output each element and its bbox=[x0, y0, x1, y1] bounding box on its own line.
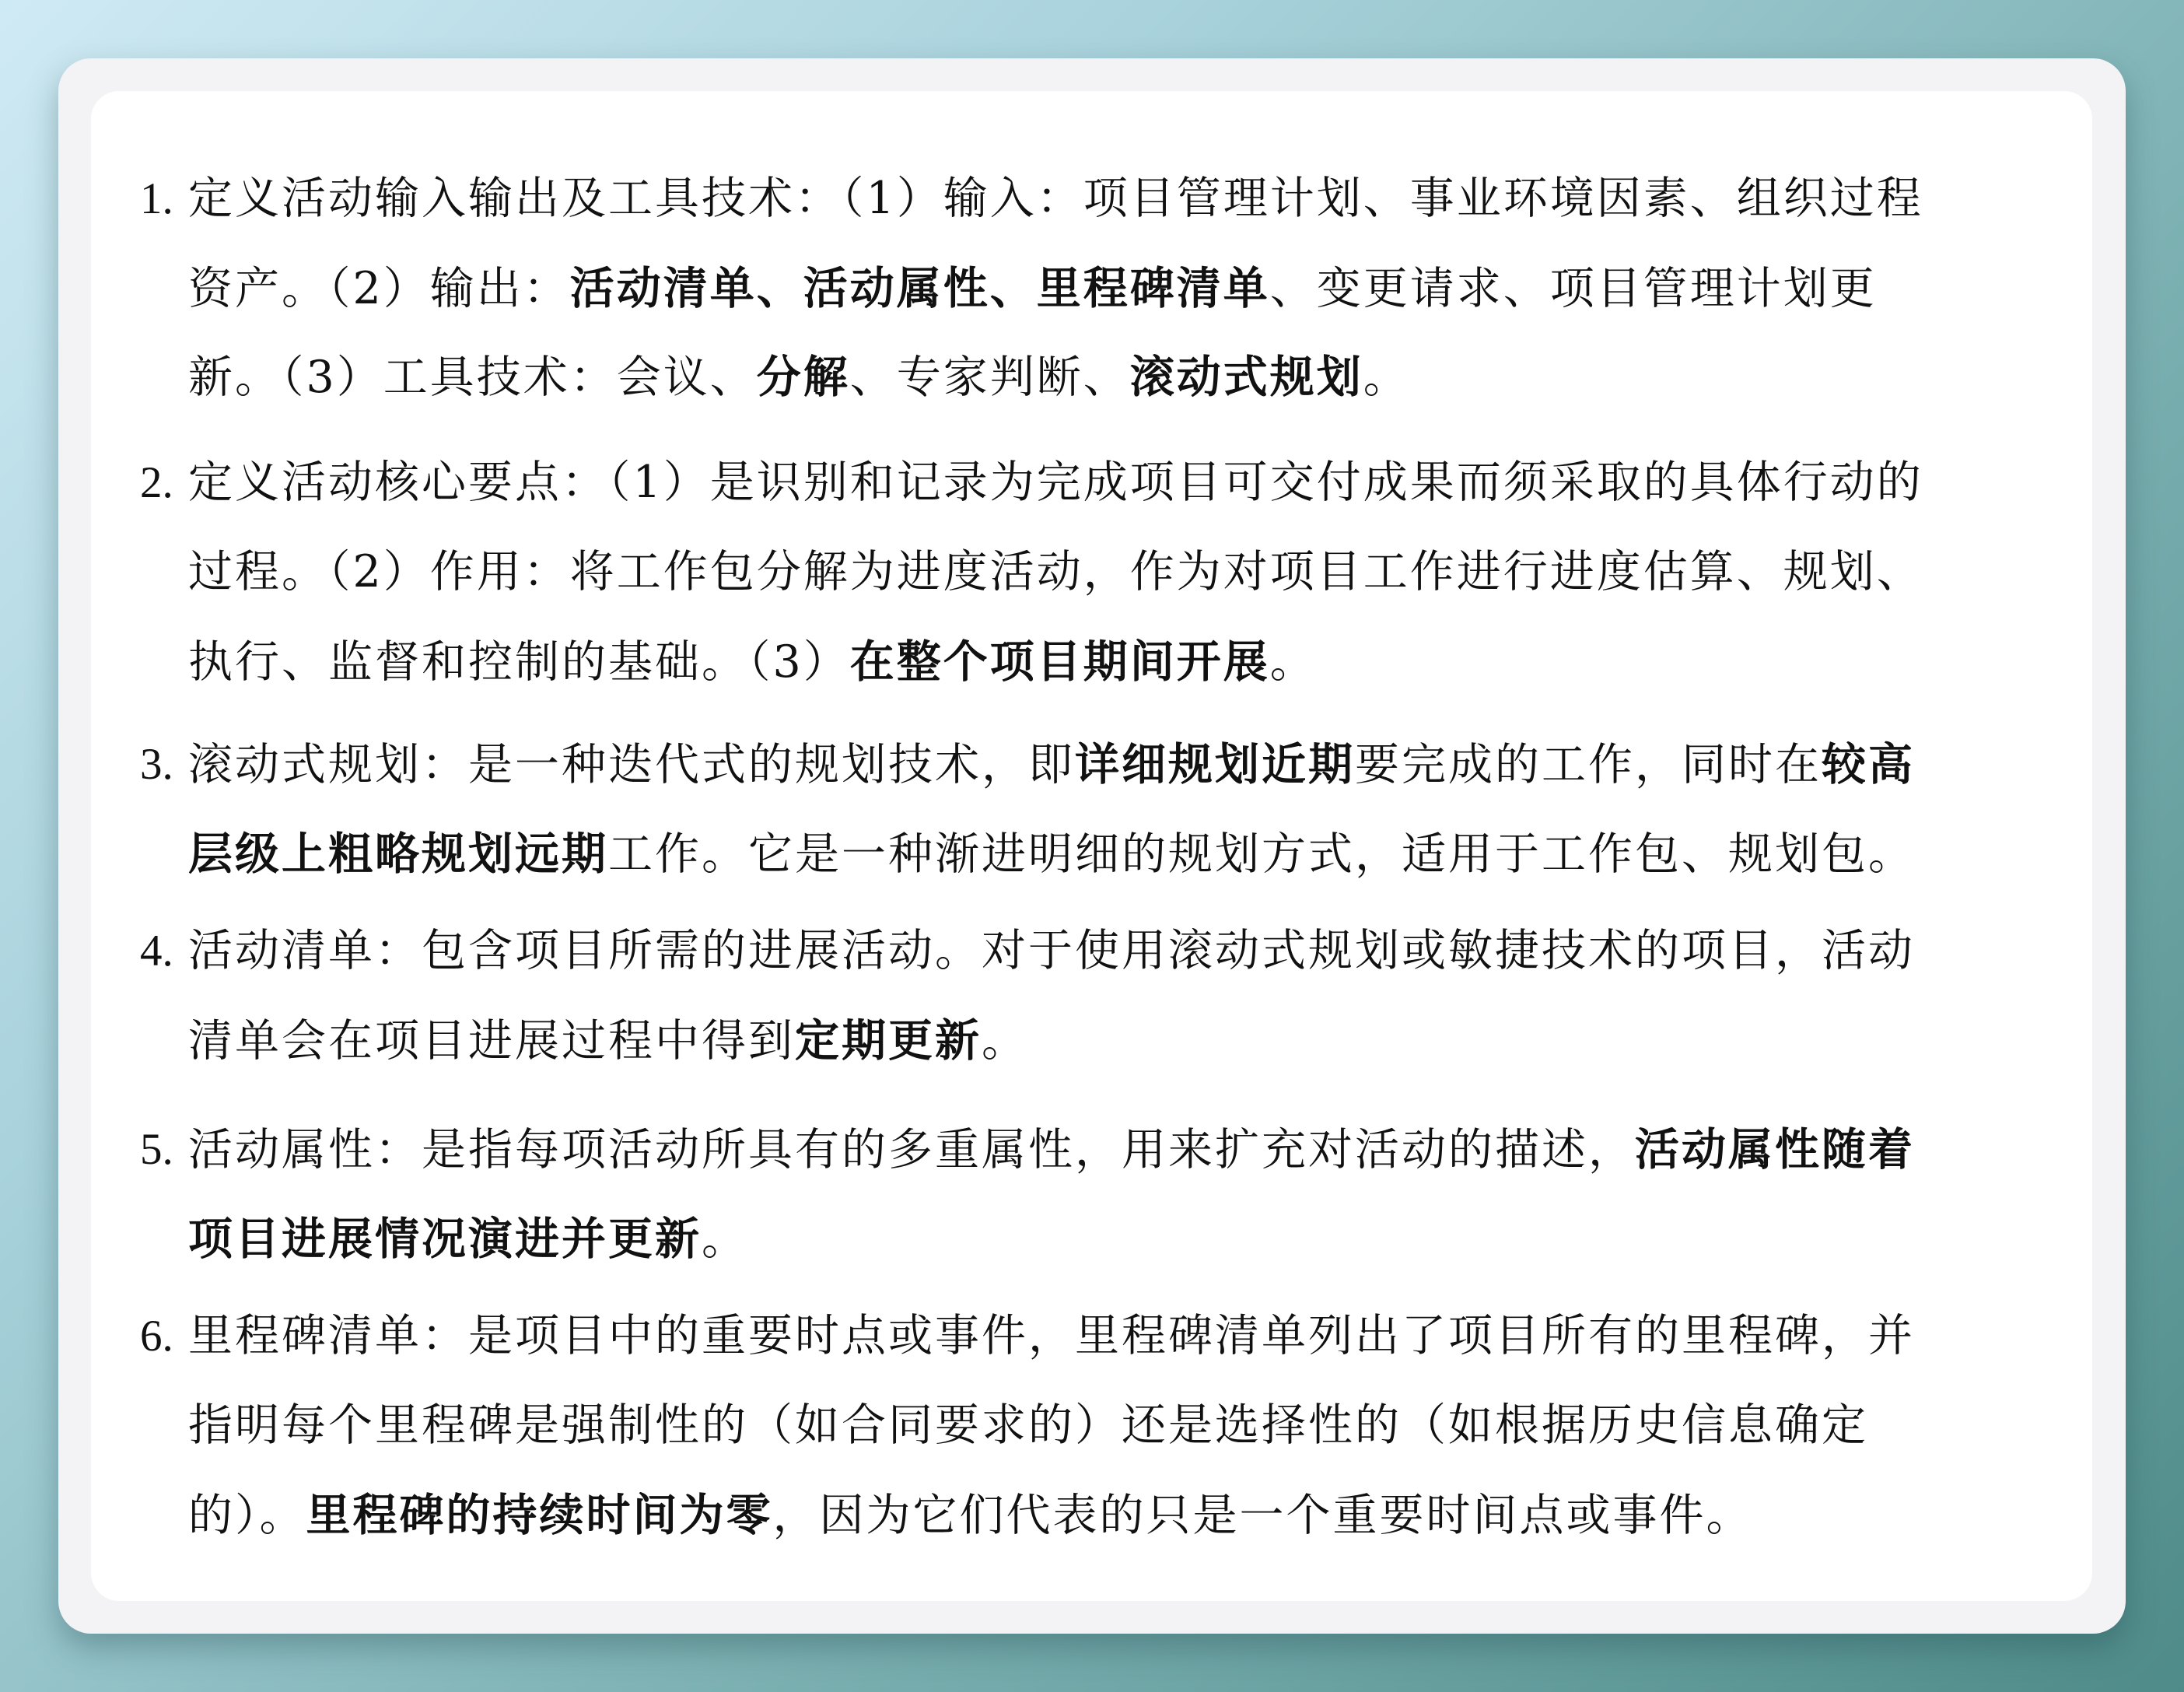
item-text-line: 滚动式规划：是一种迭代式的规划技术，即详细规划近期要完成的工作，同时在较高 bbox=[188, 720, 1915, 809]
emphasis-text: 详细规划近期 bbox=[1075, 738, 1355, 790]
emphasis-text: 较高 bbox=[1822, 738, 1915, 790]
body-text: 定义活动核心要点：（1）是识别和记录为完成项目可交付成果而须采取的具体行动的 bbox=[188, 457, 1923, 508]
content-card: 1.定义活动输入输出及工具技术：（1）输入：项目管理计划、事业环境因素、组织过程… bbox=[91, 91, 2092, 1601]
item-text-line: 过程。（2）作用：将工作包分解为进度活动，作为对项目工作进行进度估算、规划、 bbox=[188, 527, 1923, 617]
body-text: 新。（3）工具技术：会议、 bbox=[188, 352, 757, 403]
emphasis-text: 项目进展情况演进并更新 bbox=[188, 1213, 702, 1265]
body-text: 、变更请求、项目管理计划更 bbox=[1270, 263, 1877, 314]
body-text: 、专家判断、 bbox=[850, 352, 1130, 403]
body-text: 。 bbox=[1363, 352, 1410, 403]
item-text-line: 活动清单：包含项目所需的进展活动。对于使用滚动式规划或敏捷技术的项目，活动 bbox=[188, 906, 1915, 996]
body-text: 滚动式规划：是一种迭代式的规划技术，即 bbox=[188, 739, 1075, 790]
emphasis-text: 层级上粗略规划远期 bbox=[188, 828, 608, 880]
item-text-line: 定义活动核心要点：（1）是识别和记录为完成项目可交付成果而须采取的具体行动的 bbox=[188, 438, 1923, 527]
item-number: 4. bbox=[140, 906, 173, 996]
body-text: 里程碑清单：是项目中的重要时点或事件，里程碑清单列出了项目所有的里程碑，并 bbox=[188, 1310, 1915, 1361]
body-text: 活动属性：是指每项活动所具有的多重属性，用来扩充对活动的描述， bbox=[188, 1124, 1635, 1175]
emphasis-text: 活动属性随着 bbox=[1635, 1123, 1915, 1175]
body-text: 。 bbox=[982, 1015, 1028, 1067]
body-text: 清单会在项目进展过程中得到 bbox=[188, 1015, 795, 1067]
body-text: 工作。它是一种渐进明细的规划方式，适用于工作包、规划包。 bbox=[608, 828, 1915, 880]
item-number: 3. bbox=[140, 720, 173, 809]
emphasis-text: 分解 bbox=[757, 351, 850, 403]
body-text: 活动清单：包含项目所需的进展活动。对于使用滚动式规划或敏捷技术的项目，活动 bbox=[188, 925, 1915, 976]
item-text-line: 清单会在项目进展过程中得到定期更新。 bbox=[188, 996, 1028, 1085]
body-text: ，因为它们代表的只是一个重要时间点或事件。 bbox=[773, 1490, 1753, 1541]
item-text-line: 的）。里程碑的持续时间为零，因为它们代表的只是一个重要时间点或事件。 bbox=[188, 1470, 1753, 1560]
item-text-line: 层级上粗略规划远期工作。它是一种渐进明细的规划方式，适用于工作包、规划包。 bbox=[188, 809, 1915, 899]
card-frame: 1.定义活动输入输出及工具技术：（1）输入：项目管理计划、事业环境因素、组织过程… bbox=[58, 58, 2126, 1634]
item-text-line: 执行、监督和控制的基础。（3）在整个项目期间开展。 bbox=[188, 617, 1317, 706]
emphasis-text: 活动清单、活动属性、里程碑清单 bbox=[570, 262, 1270, 314]
body-text: 过程。（2）作用：将工作包分解为进度活动，作为对项目工作进行进度估算、规划、 bbox=[188, 546, 1923, 597]
body-text: 要完成的工作，同时在 bbox=[1355, 739, 1822, 790]
emphasis-text: 里程碑的持续时间为零 bbox=[306, 1489, 773, 1541]
item-number: 5. bbox=[140, 1105, 173, 1194]
item-text-line: 里程碑清单：是项目中的重要时点或事件，里程碑清单列出了项目所有的里程碑，并 bbox=[188, 1291, 1915, 1381]
body-text: 。 bbox=[1270, 636, 1317, 688]
body-text: 指明每个里程碑是强制性的（如合同要求的）还是选择性的（如根据历史信息确定 bbox=[188, 1399, 1868, 1451]
item-text-line: 活动属性：是指每项活动所具有的多重属性，用来扩充对活动的描述，活动属性随着 bbox=[188, 1105, 1915, 1194]
item-text-line: 指明每个里程碑是强制性的（如合同要求的）还是选择性的（如根据历史信息确定 bbox=[188, 1381, 1868, 1470]
body-text: 资产。（2）输出： bbox=[188, 263, 570, 314]
emphasis-text: 滚动式规划 bbox=[1130, 351, 1363, 403]
item-text-line: 资产。（2）输出：活动清单、活动属性、里程碑清单、变更请求、项目管理计划更 bbox=[188, 243, 1877, 333]
item-number: 6. bbox=[140, 1291, 173, 1381]
item-number: 2. bbox=[140, 438, 173, 527]
body-text: 。 bbox=[702, 1214, 748, 1265]
item-number: 1. bbox=[140, 154, 173, 243]
emphasis-text: 在整个项目期间开展 bbox=[850, 636, 1270, 688]
body-text: 定义活动输入输出及工具技术：（1）输入：项目管理计划、事业环境因素、组织过程 bbox=[188, 173, 1923, 224]
body-text: 的）。 bbox=[188, 1490, 306, 1541]
item-text-line: 新。（3）工具技术：会议、分解、专家判断、滚动式规划。 bbox=[188, 332, 1410, 422]
body-text: 执行、监督和控制的基础。（3） bbox=[188, 636, 850, 688]
item-text-line: 定义活动输入输出及工具技术：（1）输入：项目管理计划、事业环境因素、组织过程 bbox=[188, 154, 1923, 243]
emphasis-text: 定期更新 bbox=[795, 1014, 982, 1067]
item-text-line: 项目进展情况演进并更新。 bbox=[188, 1194, 748, 1284]
